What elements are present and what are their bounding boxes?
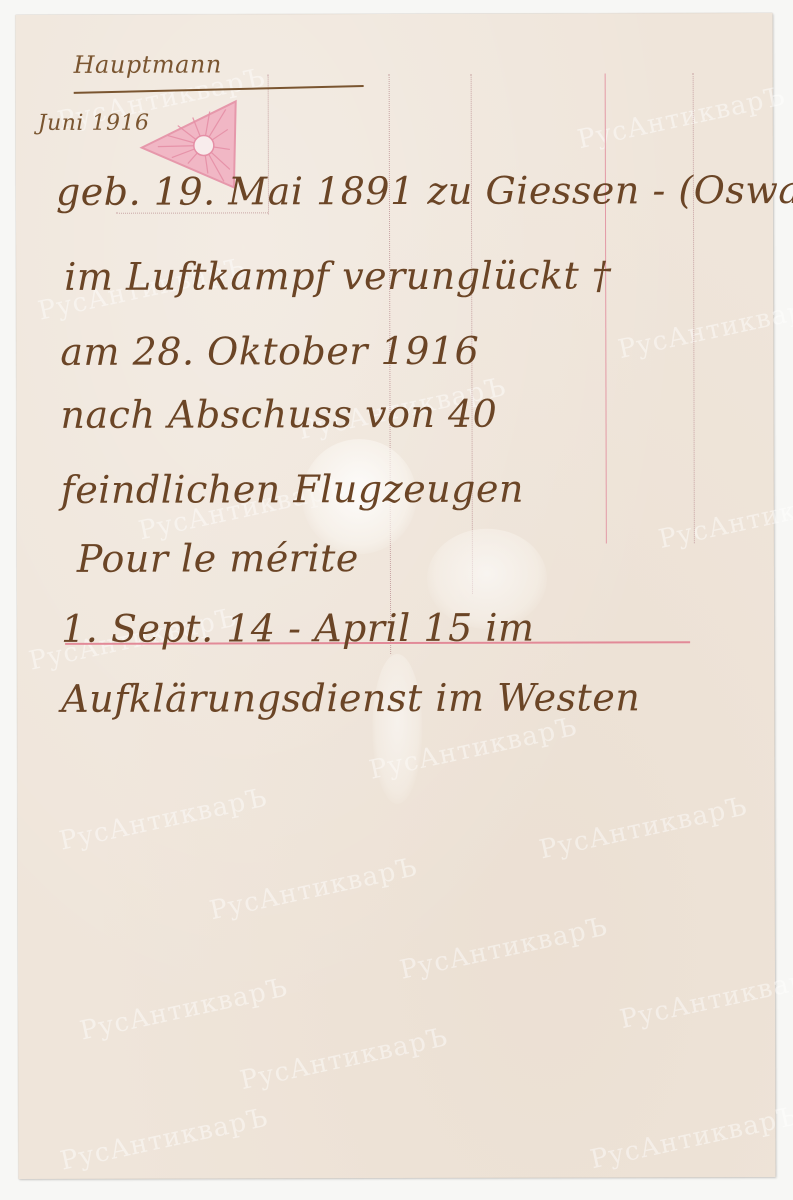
watermark: РусАнтикварЪ <box>617 961 793 1035</box>
text-line-victories: nach Abschuss von 40 <box>60 392 497 437</box>
header-name: Hauptmann <box>74 50 222 78</box>
watermark: РусАнтикварЪ <box>237 1022 450 1096</box>
watermark: РусАнтикварЪ <box>537 791 750 865</box>
text-line-service-period: 1. Sept. 14 - April 15 im <box>61 606 535 651</box>
text-line-date: am 28. Oktober 1916 <box>60 329 479 374</box>
watermark: РусАнтикварЪ <box>588 1101 793 1175</box>
dotted-rule <box>693 73 695 543</box>
text-line-aircraft: feindlichen Flugzeugen <box>61 467 524 512</box>
header-date: Juni 1916 <box>38 111 150 136</box>
text-line-award: Pour le mérite <box>77 536 359 581</box>
watermark: РусАнтикварЪ <box>575 81 788 155</box>
watermark: РусАнтикварЪ <box>397 912 610 986</box>
watermark: РусАнтикварЪ <box>77 973 290 1047</box>
watermark: РусАнтикварЪ <box>57 783 270 857</box>
text-line-death: im Luftkampf verunglückt † <box>64 253 611 298</box>
watermark: РусАнтикварЪ <box>656 481 793 555</box>
archival-card: РусАнтикварЪ РусАнтикварЪ РусАнтикварЪ Р… <box>15 13 775 1179</box>
text-line-birth: geb. 19. Mai 1891 zu Giessen - (Oswald) <box>56 168 793 214</box>
text-line-service-unit: Aufklärungsdienst im Westen <box>61 675 640 721</box>
watermark: РусАнтикварЪ <box>207 852 420 926</box>
watermark: РусАнтикварЪ <box>58 1103 271 1177</box>
watermark: РусАнтикварЪ <box>616 291 793 365</box>
